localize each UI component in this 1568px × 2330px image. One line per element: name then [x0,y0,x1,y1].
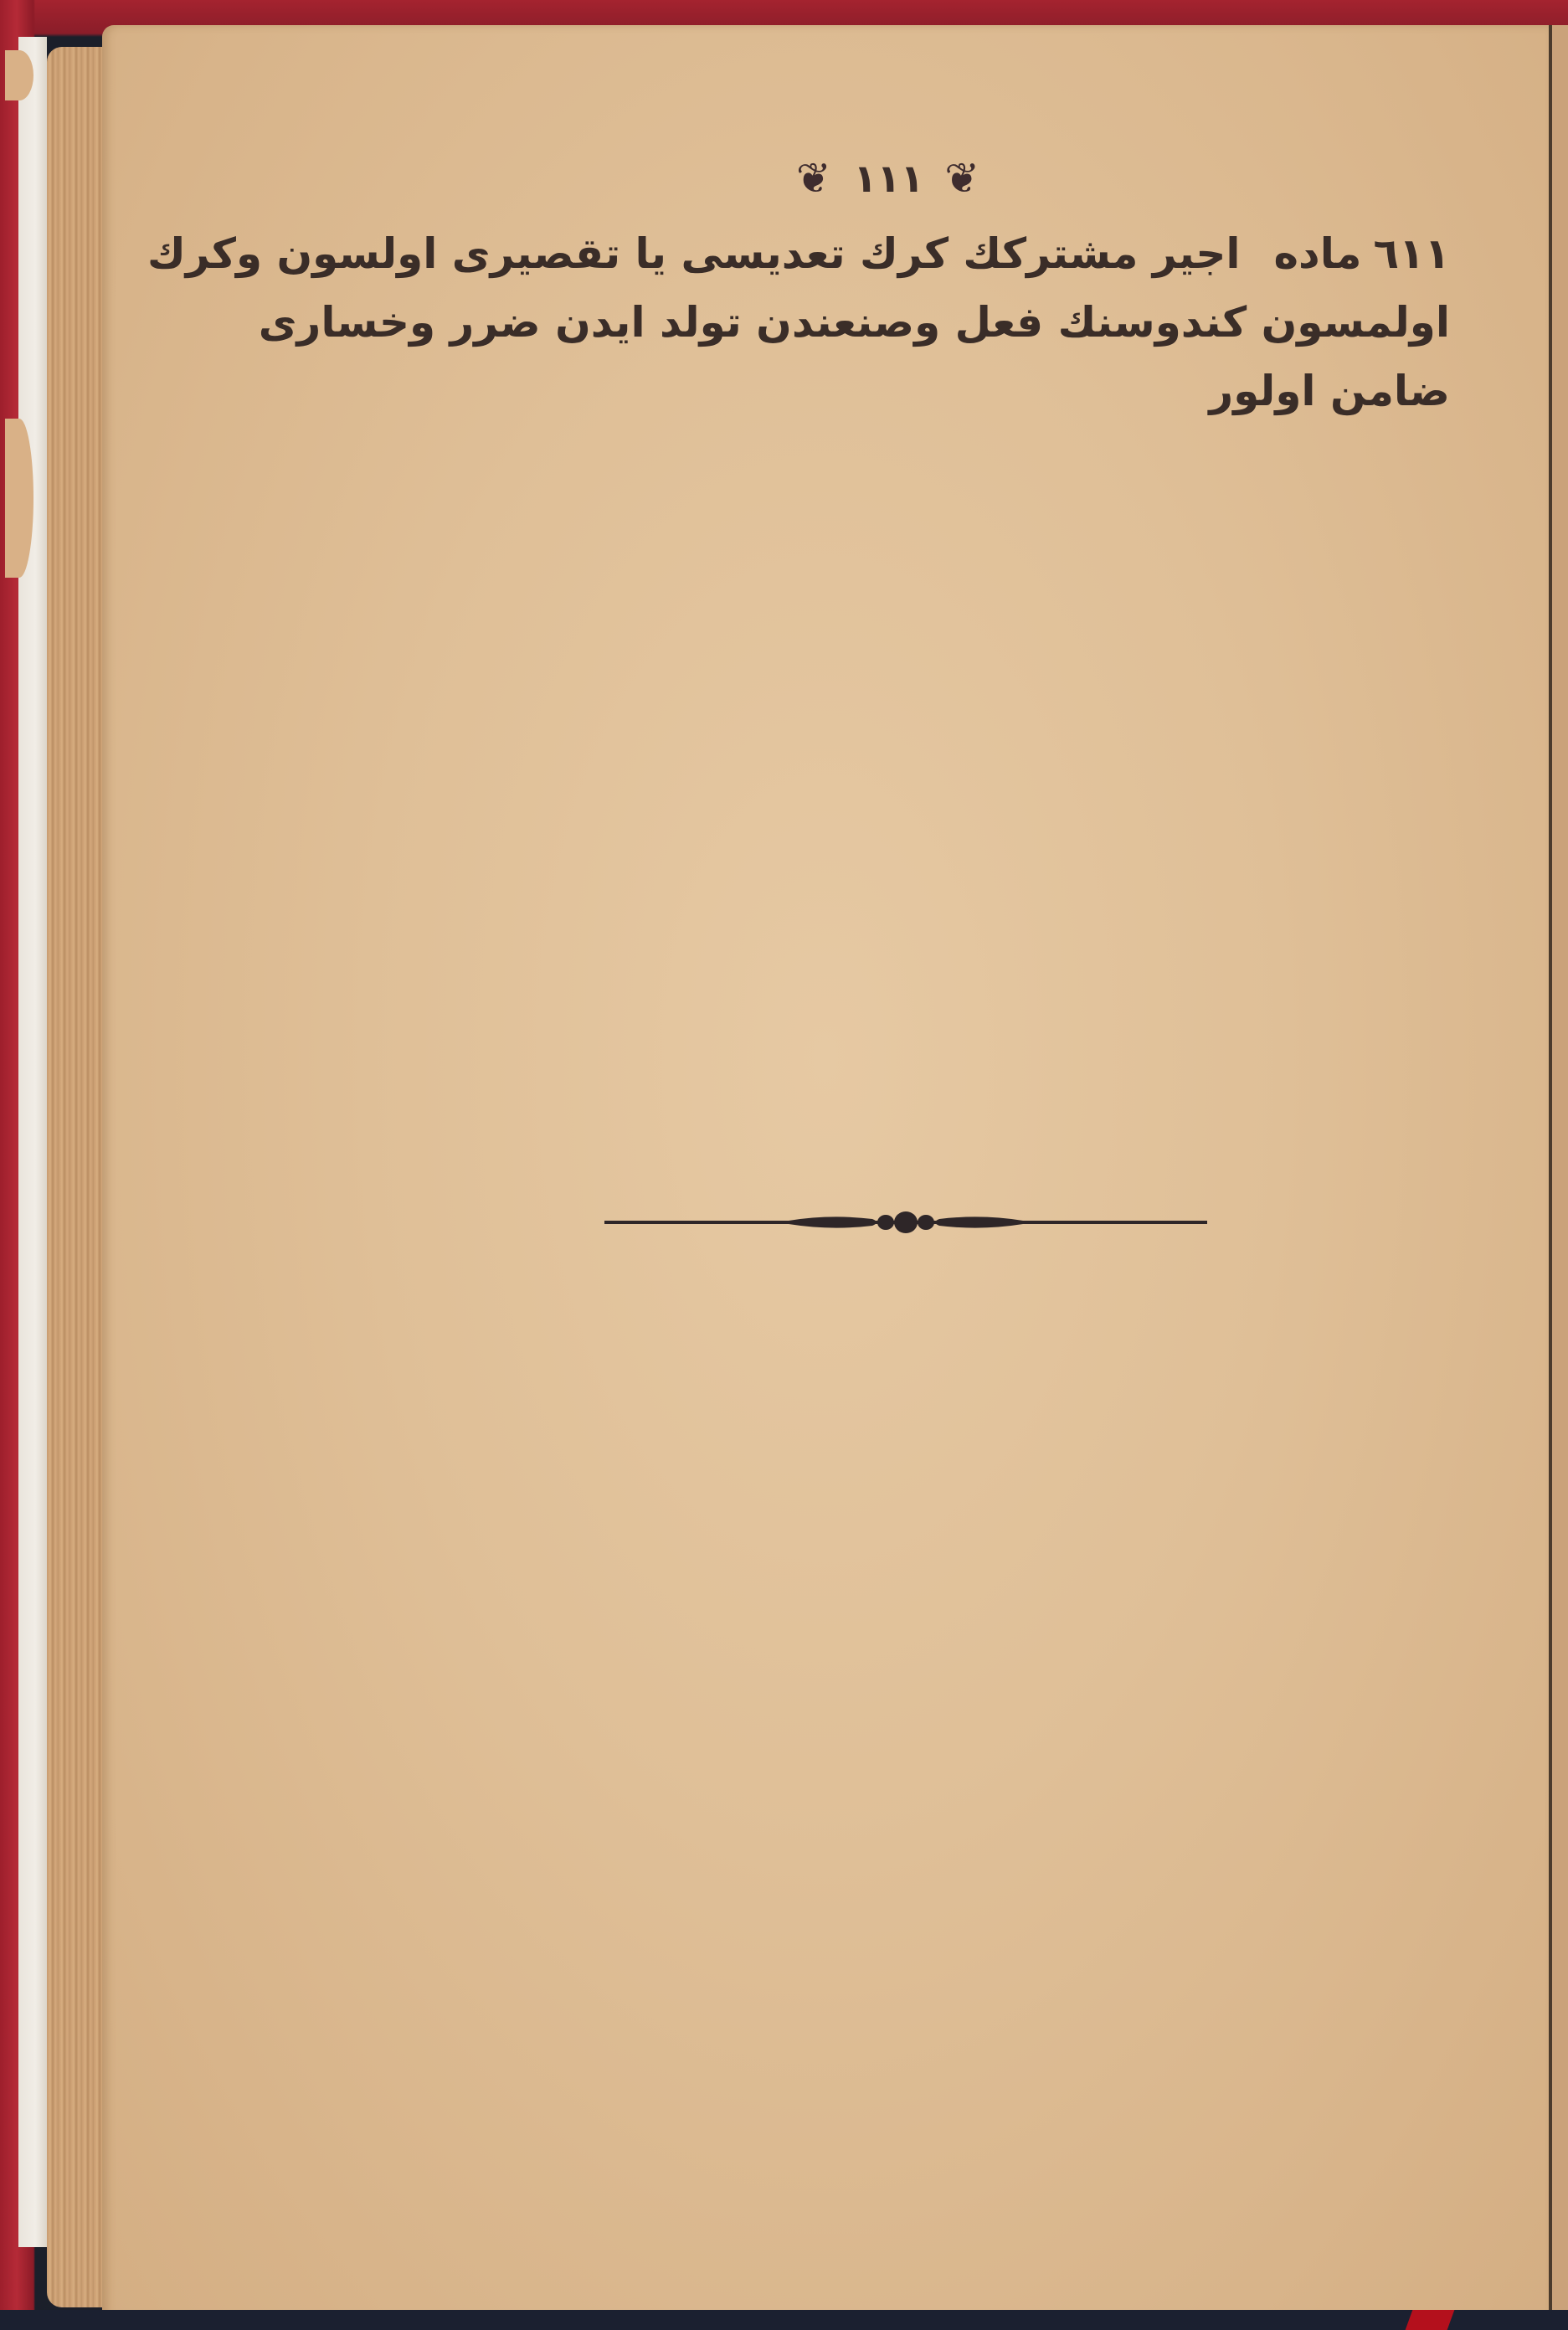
next-page-edge [1552,25,1568,2321]
cover-bottom-red-mark [1406,2310,1455,2330]
article-label: ماده [1274,229,1362,278]
article-611: ٦١١مادهاجير مشتركك كرك تعديسى يا تقصيرى … [427,219,1450,425]
endpaper-strip [18,37,47,2247]
article-line-1: ٦١١مادهاجير مشتركك كرك تعديسى يا تقصيرى … [427,219,1450,288]
article-line-3: ضامن اولور [427,357,1450,425]
page-header: ❦ ١١١ ❦ [0,152,1568,203]
endpaper-tear [5,50,33,100]
article-number: ٦١١ [1373,229,1450,278]
article-line-2: اولمسون كندوسنك فعل وصنعندن تولد ايدن ضر… [427,288,1450,357]
article-text-line-1: اجير مشتركك كرك تعديسى يا تقصيرى اولسون … [147,229,1241,278]
page-edges-stack [47,47,107,2307]
article-text-line-3: ضامن اولور [1209,367,1450,415]
endpaper-tear [5,419,33,578]
article-text-line-2: اولمسون كندوسنك فعل وصنعندن تولد ايدن ضر… [259,298,1450,347]
ornament-left-icon: ❦ [796,154,833,203]
cover-bottom-edge [0,2310,1568,2330]
ornamental-divider-icon [604,1206,1207,1239]
page-number: ١١١ [853,156,923,201]
ornament-right-icon: ❦ [944,154,981,203]
